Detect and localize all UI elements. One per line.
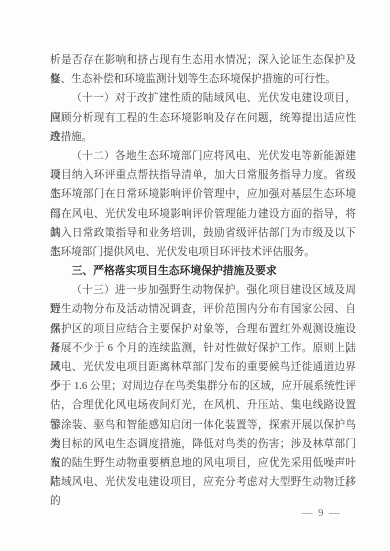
text-line: 示涂装、驱鸟和智能感知启闭一体化装置等，探索开展以保护鸟类 [50, 416, 356, 435]
text-line: 进措施。 [50, 128, 356, 147]
text-line: 态环境部门在日常环境影响评价管理中，应加强对基层生态环境部 [50, 185, 356, 204]
text-line: 析是否存在影响和挤占现有生态用水情况；深入论证生态保护及修 [50, 51, 356, 70]
text-line: 布的陆生野生动物重要栖息地的风电项目，应优先采用低噪声叶片。 [50, 454, 356, 473]
text-line: （十一）对于改扩建性质的陆域风电、光伏发电建设项目，应 [50, 89, 356, 108]
text-line: 风电、光伏发电项目距离林草部门发布的重要候鸟迁徙通道边界不 [50, 358, 356, 377]
text-line: （十三）进一步加强野生动物保护。强化项目建设区域及周边 [50, 281, 356, 300]
text-line: 少于 1.6 公里；对周边存在鸟类集群分布的区域，应开展系统性评 [50, 377, 356, 396]
text-line: 纳入日常政策指导和业务培训，鼓励省级评估部门为市级及以下生 [50, 224, 356, 243]
text-line: （十二）各地生态环境部门应将风电、光伏发电等新能源建设 [50, 147, 356, 166]
text-line: 陆域风电、光伏发电建设项目，应充分考虑对大型野生动物迁移的 [50, 473, 356, 492]
text-line: 门在风电、光伏发电环境影响评价管理能力建设方面的指导，将其 [50, 205, 356, 224]
text-line: 回顾分析现有工程的生态环境影响及存在问题，统筹提出适应性改 [50, 109, 356, 128]
text-line: 项目纳入环评重点帮扶指导清单，加大日常服务指导力度。省级生 [50, 166, 356, 185]
text-line: 态环境部门提供风电、光伏发电项目环评技术评估服务。 [50, 243, 356, 262]
text-line: 复、生态补偿和环境监测计划等生态环境保护措施的可行性。 [50, 70, 356, 89]
text-line: 为目标的风电生态调度措施，降低对鸟类的伤害；涉及林草部门发 [50, 435, 356, 454]
text-line: 估，合理优化风电场夜间灯光，在风机、升压站、集电线路设置警 [50, 396, 356, 415]
text-line: 保护区的项目应结合主要保护对象等，合理布置红外观测设施设备， [50, 320, 356, 339]
document-page: 析是否存在影响和挤占现有生态用水情况；深入论证生态保护及修复、生态补偿和环境监测… [0, 0, 390, 551]
text-line: 野生动物分布及活动情况调查，评价范围内分布有国家公园、自然 [50, 300, 356, 319]
page-number: — 9 — [302, 507, 341, 521]
section-heading: 三、严格落实项目生态环境保护措施及要求 [50, 262, 356, 281]
text-line: 开展不少于 6 个月的连续监测，针对性做好保护工作。原则上陆域 [50, 339, 356, 358]
document-lines: 析是否存在影响和挤占现有生态用水情况；深入论证生态保护及修复、生态补偿和环境监测… [50, 51, 356, 492]
